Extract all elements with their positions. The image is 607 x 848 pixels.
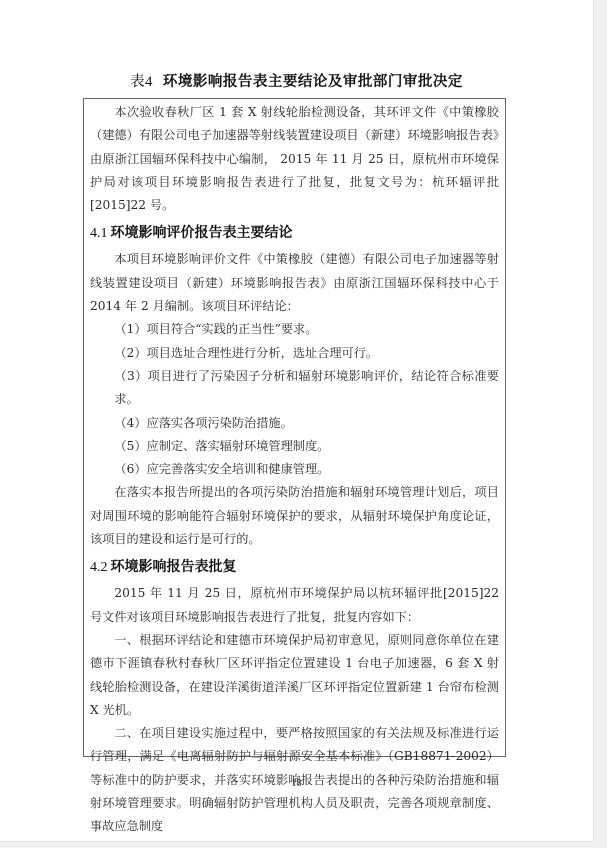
section-number: 4.1 bbox=[90, 226, 108, 241]
section-4-1-heading: 4.1环境影响评价报告表主要结论 bbox=[90, 221, 499, 246]
document-page: 表4环境影响报告表主要结论及审批部门审批决定 本次验收春秋厂区 1 套 X 射线… bbox=[0, 0, 594, 842]
table-title-text: 环境影响报告表主要结论及审批部门审批决定 bbox=[163, 74, 463, 90]
conclusion-item: （2）项目选址合理性进行分析，选址合理可行。 bbox=[90, 342, 499, 365]
approval-item: 一、根据环评结论和建德市环境保护局初审意见，原则同意你单位在建德市下涯镇春秋村春… bbox=[90, 629, 499, 722]
content-table-box: 本次验收春秋厂区 1 套 X 射线轮胎检测设备，其环评文件《中策橡胶（建德）有限… bbox=[83, 98, 506, 757]
conclusion-item: （3）项目进行了污染因子分析和辐射环境影响评价，结论符合标准要求。 bbox=[90, 365, 499, 412]
conclusion-item: （1）项目符合“实践的正当性”要求。 bbox=[90, 318, 499, 341]
table-title-number: 表4 bbox=[130, 74, 153, 90]
section-number: 4.2 bbox=[90, 560, 108, 575]
section-title: 环境影响评价报告表主要结论 bbox=[111, 225, 293, 241]
page-number: 18 bbox=[0, 778, 593, 789]
section-4-2-paragraph: 2015 年 11 月 25 日，原杭州市环境保护局以杭环辐评批[2015]22… bbox=[90, 582, 499, 629]
conclusion-item: （5）应制定、落实辐射环境管理制度。 bbox=[90, 435, 499, 458]
section-title: 环境影响报告表批复 bbox=[111, 559, 237, 575]
section-4-1-summary: 在落实本报告所提出的各项污染防治措施和辐射环境管理计划后，项目对周围环境的影响能… bbox=[90, 481, 499, 551]
conclusion-item: （6）应完善落实安全培训和健康管理。 bbox=[90, 458, 499, 481]
conclusion-item: （4）应落实各项污染防治措施。 bbox=[90, 412, 499, 435]
table-title: 表4环境影响报告表主要结论及审批部门审批决定 bbox=[0, 70, 593, 91]
section-4-1-paragraph: 本项目环境影响评价文件《中策橡胶（建德）有限公司电子加速器等射线装置建设项目（新… bbox=[90, 248, 499, 318]
intro-paragraph: 本次验收春秋厂区 1 套 X 射线轮胎检测设备，其环评文件《中策橡胶（建德）有限… bbox=[90, 101, 499, 217]
section-4-2-heading: 4.2环境影响报告表批复 bbox=[90, 555, 499, 580]
